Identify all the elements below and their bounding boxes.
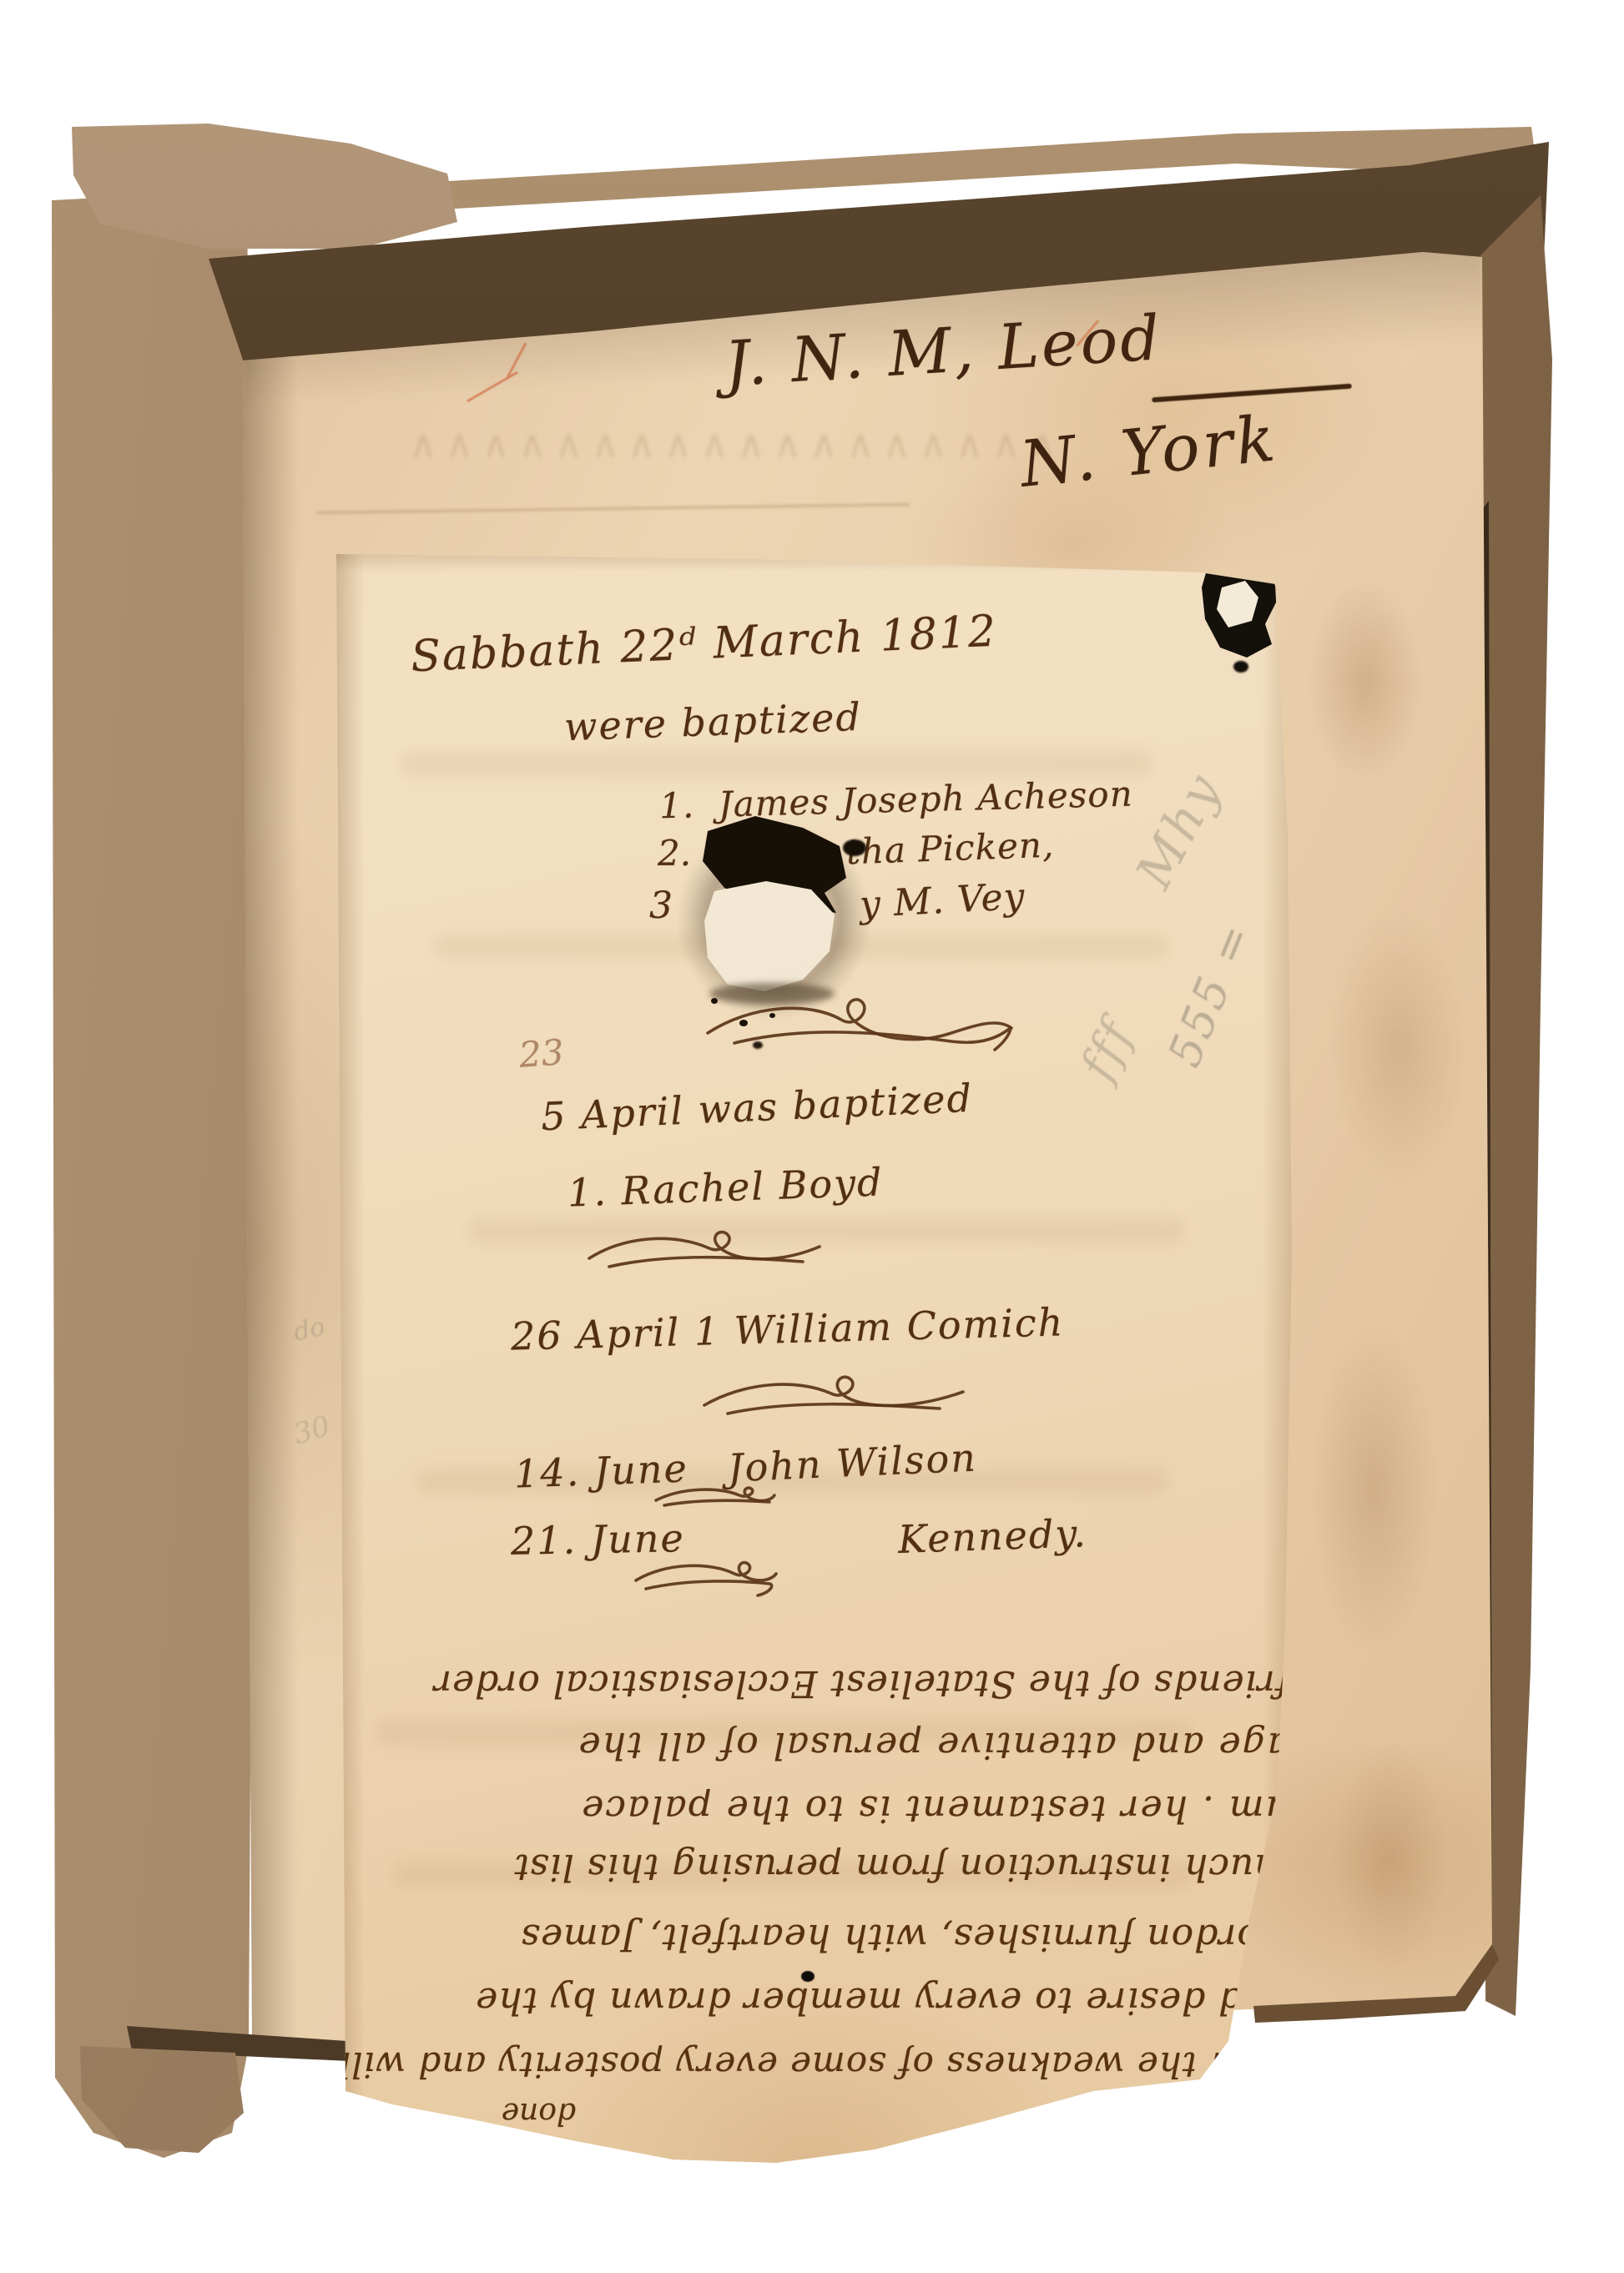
inverted-draft-line: age and attentive perusal of all the [359, 1724, 1289, 1766]
bleed-band [467, 1218, 1185, 1243]
april5-entry: 1. Rachel Boyd [567, 1159, 884, 1215]
inverted-draft-line: friends of the Stateliest Ecclesiastical… [351, 1662, 1289, 1705]
ink-speck [801, 1971, 815, 1982]
june21-name: Kennedy. [897, 1510, 1088, 1562]
record-heading-action: were baptized [563, 694, 863, 749]
ink-flourish-divider [584, 1225, 826, 1277]
inverted-draft-line: done [467, 2096, 576, 2130]
inverted-draft-line: and the weakness of some every posterity… [367, 2044, 1277, 2085]
inverted-draft-line: Gordon furnishes, with heartfelt, James [359, 1916, 1289, 1958]
pencil-scribble-bottom: fff [1071, 1011, 1146, 1088]
foxing-strip [1299, 534, 1465, 2003]
ink-flourish-divider [701, 990, 1018, 1060]
corner-blot-speck [1233, 661, 1248, 673]
photo-scene: ∧∧∧∧∧∧∧∧∧∧∧∧∧∧∧∧∧∧∧∧∧∧ J. N. M, Leod N. … [0, 0, 1624, 2273]
ink-flourish-divider [698, 1370, 973, 1424]
record-heading-date: Sabbath 22ᵈ March 1812 [410, 607, 998, 683]
ink-blot-satellite [843, 839, 866, 856]
ghost-ornament-band: ∧∧∧∧∧∧∧∧∧∧∧∧∧∧∧∧∧∧∧∧∧∧ [409, 421, 1052, 492]
inverted-draft-line: much instruction from perusing this list [351, 1846, 1289, 1888]
inverted-draft-line: and desire to every member drawn by the [359, 1979, 1289, 2022]
april5-heading: 5 April was baptized [540, 1076, 974, 1140]
owner-signature-line2: N. York [1016, 401, 1281, 501]
ink-flourish-divider [631, 1555, 781, 1597]
pencil-faint-left-1: do [291, 1313, 328, 1348]
april26-entry: 26 April 1 William Comich [510, 1299, 1065, 1358]
flyleaf-crease [317, 503, 910, 514]
inverted-draft-line: um . her testament is to the palace [351, 1787, 1289, 1830]
ink-flourish-divider [653, 1482, 778, 1510]
pencil-scribble-top: Mhy [1125, 763, 1233, 898]
pencil-number: 555 = [1157, 915, 1263, 1074]
margin-number: 23 [517, 1031, 565, 1076]
signature-underline-flourish [1152, 384, 1352, 403]
bleed-band [401, 751, 1152, 776]
